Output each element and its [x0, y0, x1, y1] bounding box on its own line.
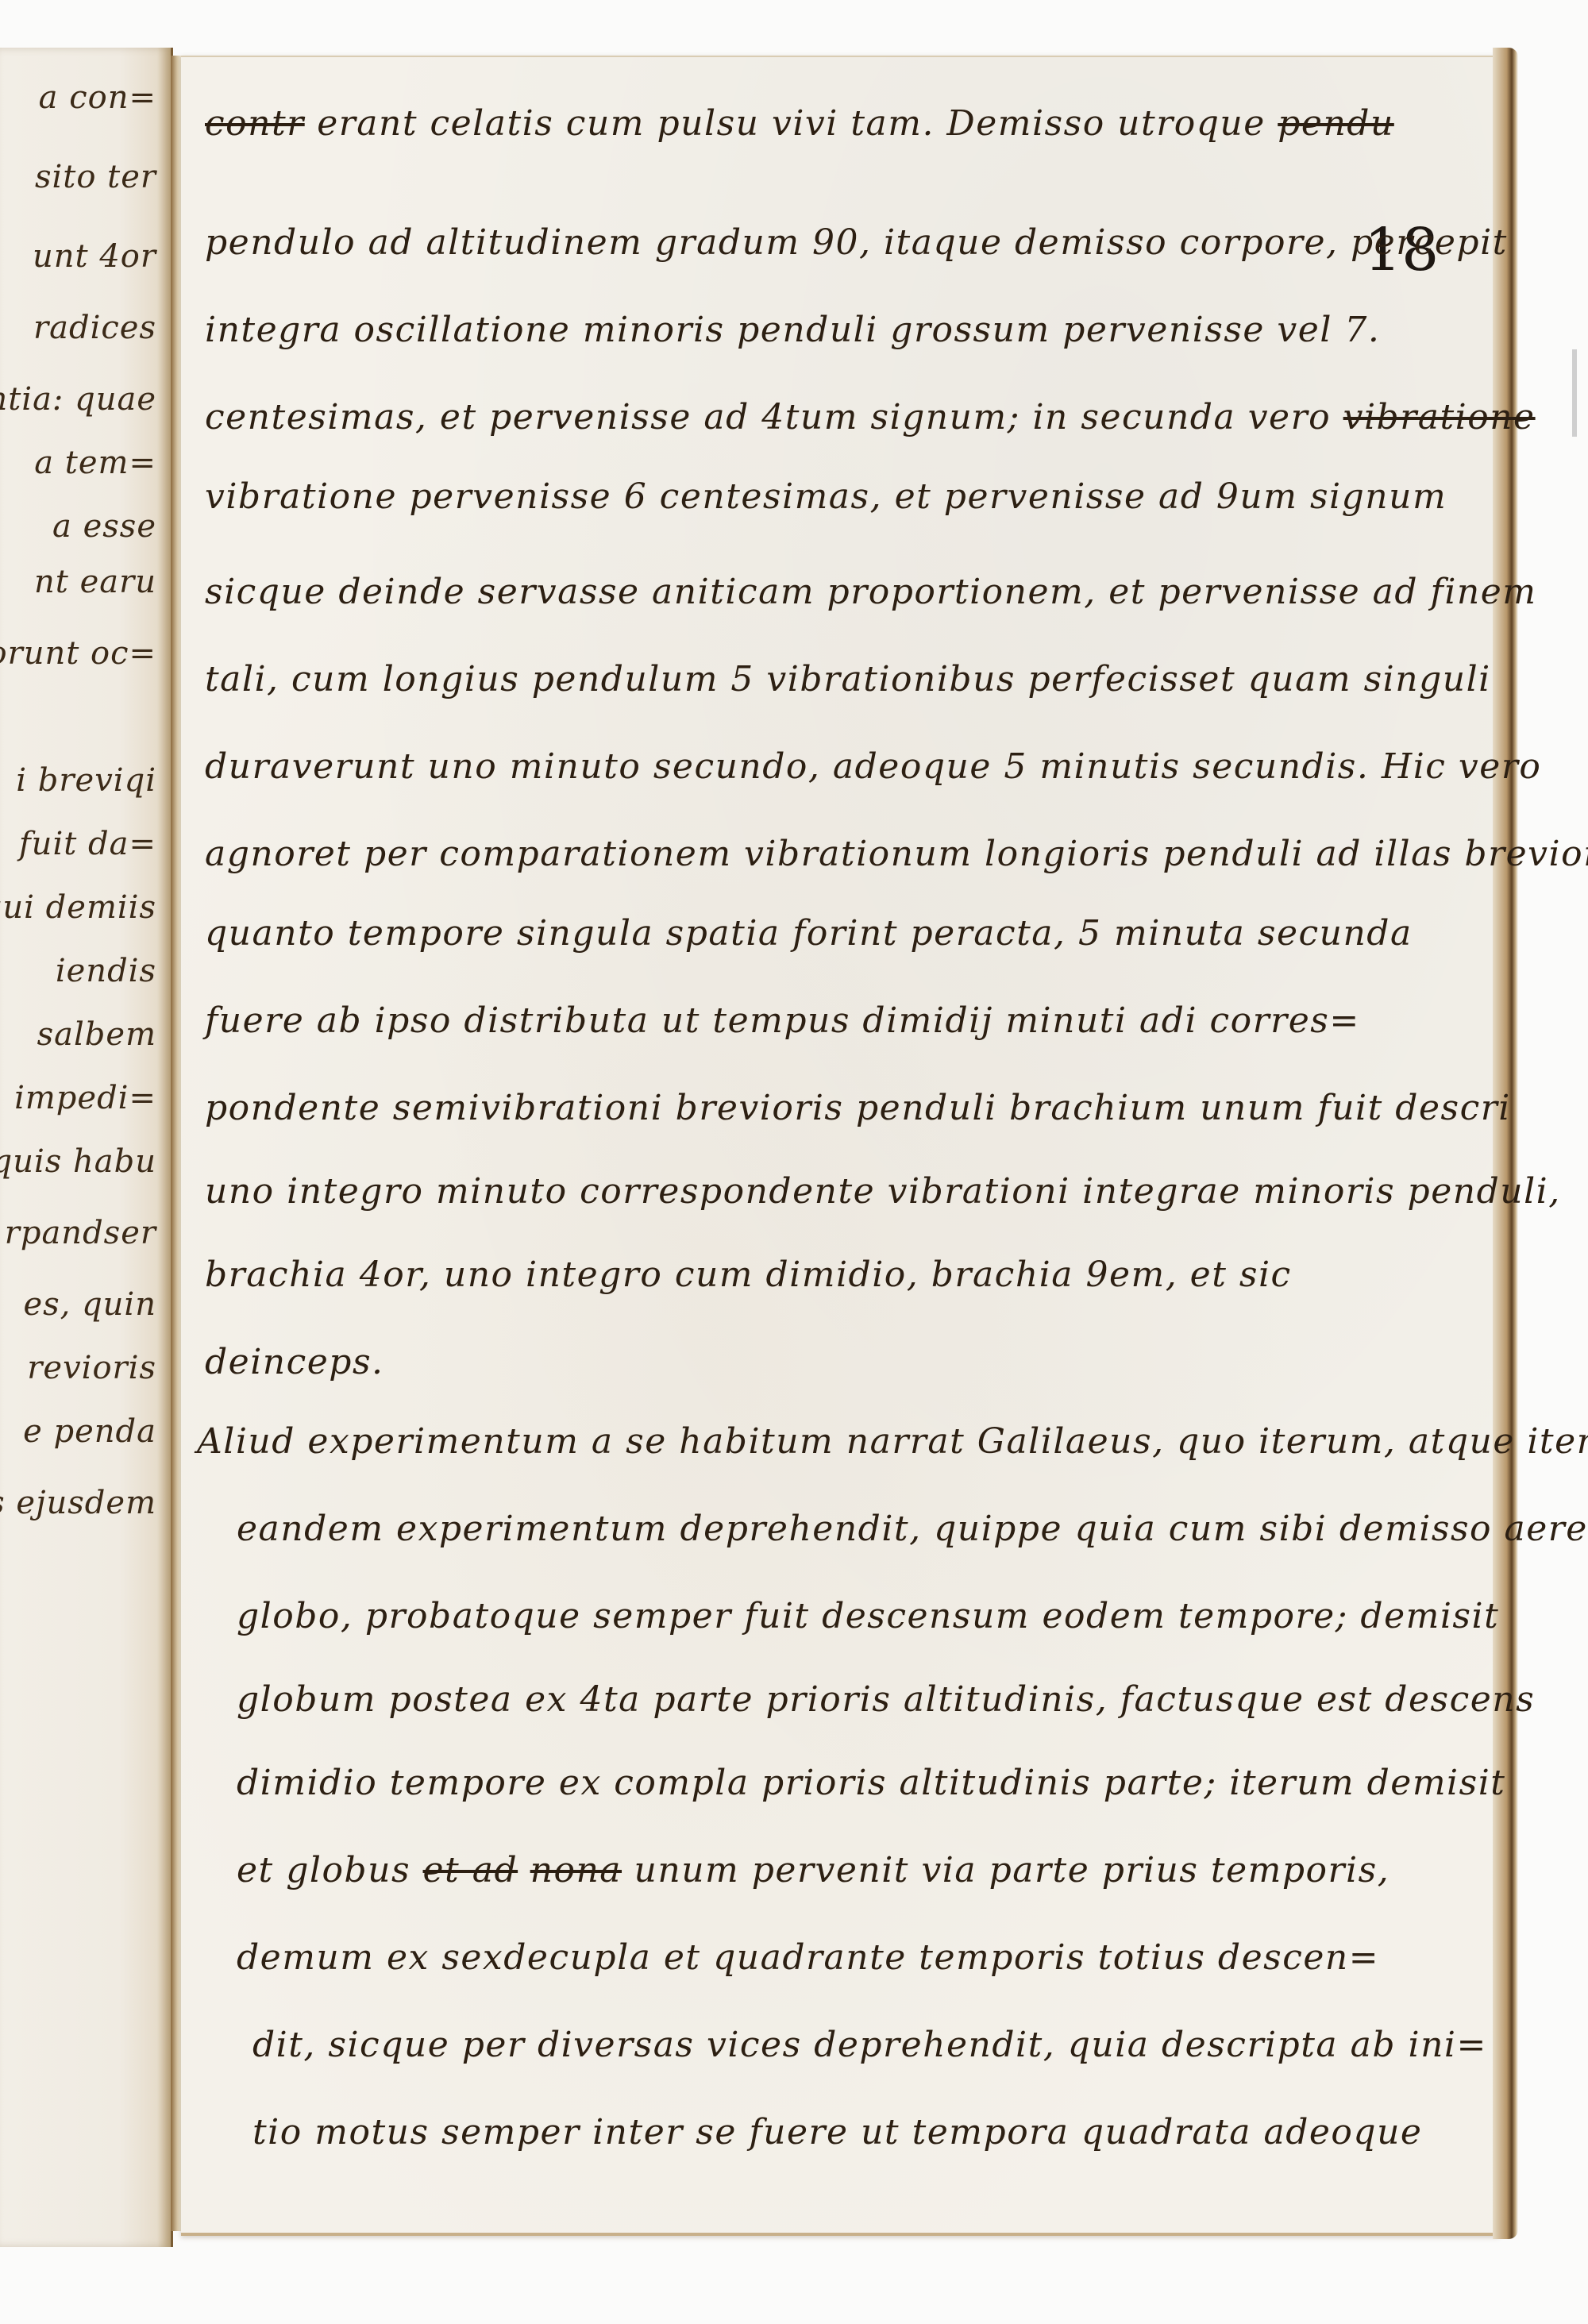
struck-word: vibratione	[1343, 397, 1536, 437]
struck-word: pendu	[1278, 103, 1394, 144]
manuscript-line: tali, cum longius pendulum 5 vibrationib…	[205, 659, 1491, 700]
facing-line: iendis	[56, 953, 156, 989]
facing-line: rpandser	[5, 1215, 156, 1251]
manuscript-line: contr erant celatis cum pulsu vivi tam. …	[205, 103, 1394, 144]
manuscript-line: fuere ab ipso distributa ut tempus dimid…	[205, 1000, 1360, 1041]
facing-line: a con=	[39, 79, 156, 116]
manuscript-line: tio motus semper inter se fuere ut tempo…	[252, 2112, 1422, 2152]
facing-line: fuit da=	[19, 826, 156, 862]
facing-line: quis habu	[0, 1143, 156, 1180]
facing-line: salbem	[37, 1016, 156, 1053]
manuscript-line: globum postea ex 4ta parte prioris altit…	[237, 1679, 1535, 1720]
manuscript-line: dimidio tempore ex compla prioris altitu…	[237, 1763, 1505, 1803]
facing-line: impedi=	[14, 1080, 156, 1116]
line-text: et globus	[237, 1850, 423, 1890]
line-text	[518, 1850, 530, 1890]
manuscript-line: dit, sicque per diversas vices deprehend…	[252, 2025, 1487, 2065]
struck-word: contr	[205, 103, 305, 144]
facing-line: e penda	[23, 1413, 156, 1450]
manuscript-line: pondente semivibrationi brevioris pendul…	[205, 1088, 1511, 1128]
page-edge	[1493, 48, 1518, 2239]
line-text: unum pervenit via parte prius temporis,	[622, 1850, 1389, 1890]
manuscript-line: et globus et ad nona unum pervenit via p…	[237, 1850, 1389, 1890]
facing-line: revioris	[27, 1350, 156, 1386]
facing-line: a esse	[52, 508, 156, 545]
scan-edge-mark	[1572, 349, 1577, 437]
manuscript-line: quanto tempore singula spatia forint per…	[205, 913, 1413, 954]
manuscript-line: centesimas, et pervenisse ad 4tum signum…	[205, 397, 1536, 437]
manuscript-line: brachia 4or, uno integro cum dimidio, br…	[205, 1254, 1292, 1295]
manuscript-line: globo, probatoque semper fuit descensum …	[237, 1596, 1499, 1636]
facing-line: entia: quae	[0, 381, 156, 418]
manuscript-line: integra oscillatione minoris penduli gro…	[205, 310, 1380, 350]
facing-page: a con= sito ter unt 4or radices entia: q…	[0, 48, 173, 2247]
facing-line: unt 4or	[33, 238, 156, 275]
manuscript-line: eandem experimentum deprehendit, quippe …	[237, 1509, 1588, 1549]
manuscript-line: duraverunt uno minuto secundo, adeoque 5…	[205, 746, 1541, 787]
facing-line: i breviqi	[16, 762, 156, 799]
struck-word: nona	[530, 1850, 622, 1890]
manuscript-line: uno integro minuto correspondente vibrat…	[205, 1171, 1561, 1212]
manuscript-line: deinceps.	[205, 1342, 384, 1382]
struck-word: et ad	[423, 1850, 518, 1890]
facing-line: qui demiis	[0, 889, 156, 926]
manuscript-line: sicque deinde servasse aniticam proporti…	[205, 572, 1537, 612]
manuscript-line: pendulo ad altitudinem gradum 90, itaque…	[205, 222, 1508, 263]
line-text: centesimas, et pervenisse ad 4tum signum…	[205, 397, 1343, 437]
facing-line: es, quin	[23, 1286, 156, 1323]
facing-line: nes ejusdem	[0, 1485, 156, 1521]
facing-line: orunt oc=	[0, 635, 156, 672]
book-gutter	[171, 56, 182, 2231]
facing-line: radices	[33, 310, 156, 346]
manuscript-line: vibratione pervenisse 6 centesimas, et p…	[205, 476, 1447, 517]
facing-line: sito ter	[35, 159, 156, 195]
manuscript-line: Aliud experimentum a se habitum narrat G…	[197, 1421, 1588, 1462]
line-text: erant celatis cum pulsu vivi tam. Demiss…	[317, 103, 1278, 144]
facing-line: nt earu	[34, 564, 156, 600]
manuscript-page	[181, 56, 1499, 2236]
manuscript-line: agnoret per comparationem vibrationum lo…	[205, 834, 1588, 874]
facing-line: a tem=	[34, 445, 156, 481]
manuscript-line: demum ex sexdecupla et quadrante tempori…	[237, 1937, 1379, 1978]
